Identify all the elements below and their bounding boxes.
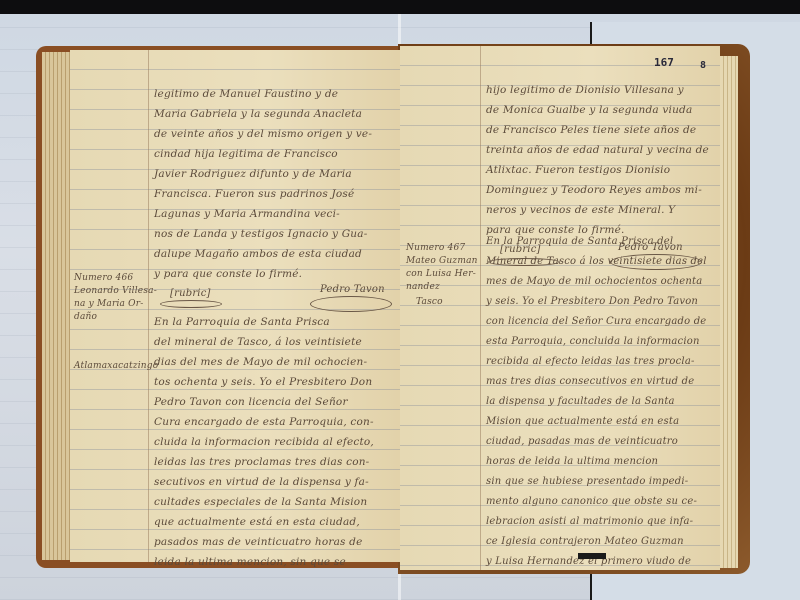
text-line: nos de Landa y testigos Ignacio y Gua- [154,224,372,244]
entry-margin-note: Numero 467 Mateo Guzman con Luisa Her- n… [406,242,478,294]
text-line: legitimo de Manuel Faustino y de [154,84,372,104]
text-line: dias del mes de Mayo de mil ochocien- [154,352,374,372]
text-line: treinta años de edad natural y vecina de [486,140,709,160]
text-line: esta Parroquia, concluida la informacion [486,332,707,352]
ledger-book: legitimo de Manuel Faustino y de Maria G… [36,44,748,576]
left-entry-body: En la Parroquia de Santa Prisca del mine… [154,312,374,572]
page-edges-right [720,56,738,568]
text-line: horas de leida la ultima mencion [486,452,707,472]
right-entry-body: En la Parroquia de Santa Prisca del Mine… [486,232,707,572]
entry-origin-note: Atlamaxacatzingo [74,360,158,373]
text-line: pasados mas de veinticuatro horas de [154,532,374,552]
text-line: leida la ultima mencion, sin que se [154,552,374,572]
rubric-flourish [160,300,222,308]
right-page: 167 8 hijo legitimo de Dionisio Villesan… [400,46,720,570]
text-line: Mision que actualmente está en esta [486,412,707,432]
text-line: Pedro Tavon con licencia del Señor [154,392,374,412]
text-line: leidas las tres proclamas tres dias con- [154,452,374,472]
right-continuation-text: hijo legitimo de Dionisio Villesana y de… [486,80,709,240]
text-line: de Monica Gualbe y la segunda viuda [486,100,709,120]
bookmark-ribbon [578,553,606,559]
text-line: que actualmente está en esta ciudad, [154,512,374,532]
text-line: Atlixtac. Fueron testigos Dionisio [486,160,709,180]
text-line: cultades especiales de la Santa Mision [154,492,374,512]
text-line: cluida la informacion recibida al efecto… [154,432,374,452]
signature-flourish [310,296,392,312]
text-line: En la Parroquia de Santa Prisca del [486,232,707,252]
text-line: de Francisco Peles tiene siete años de [486,120,709,140]
left-continuation-text: legitimo de Manuel Faustino y de Maria G… [154,84,372,284]
text-line: tos ochenta y seis. Yo el Presbitero Don [154,372,374,392]
text-line: En la Parroquia de Santa Prisca [154,312,374,332]
text-line: Francisca. Fueron sus padrinos José [154,184,372,204]
left-page: legitimo de Manuel Faustino y de Maria G… [70,50,400,562]
margin-rule [480,46,481,570]
entry-origin-note: Tasco [416,296,443,309]
text-line: mento alguno canonico que obste su ce- [486,492,707,512]
text-line: con licencia del Señor Cura encargado de [486,312,707,332]
text-line: Mineral de Tasco á los veintisiete dias … [486,252,707,272]
text-line: Cura encargado de esta Parroquia, con- [154,412,374,432]
text-line: ciudad, pasadas mas de veinticuatro [486,432,707,452]
text-line: Javier Rodriguez difunto y de Maria [154,164,372,184]
text-line: hijo legitimo de Dionisio Villesana y [486,80,709,100]
text-line: cindad hija legitima de Francisco [154,144,372,164]
text-line: la dispensa y facultades de la Santa [486,392,707,412]
text-line: secutivos en virtud de la dispensa y fa- [154,472,374,492]
text-line: Lagunas y Maria Armandina veci- [154,204,372,224]
text-line: Dominguez y Teodoro Reyes ambos mi- [486,180,709,200]
text-line: lebracion asisti al matrimonio que infa- [486,512,707,532]
text-line: y seis. Yo el Presbitero Don Pedro Tavon [486,292,707,312]
text-line: del mineral de Tasco, á los veintisiete [154,332,374,352]
text-line: recibida al efecto leidas las tres procl… [486,352,707,372]
entry-margin-note: Numero 466 Leonardo Villesa- na y Maria … [74,272,157,324]
text-line: ce Iglesia contrajeron Mateo Guzman [486,532,707,552]
text-line: mas tres dias consecutivos en virtud de [486,372,707,392]
text-line: neros y vecinos de este Mineral. Y [486,200,709,220]
page-number: 167 [654,56,674,69]
page-edges-left [42,52,72,560]
folio-mark: 8 [700,60,706,71]
text-line: mes de Mayo de mil ochocientos ochenta [486,272,707,292]
text-line: dalupe Magaño ambos de esta ciudad [154,244,372,264]
text-line: Maria Gabriela y la segunda Anacleta [154,104,372,124]
text-line: de veinte años y del mismo origen y ve- [154,124,372,144]
text-line: sin que se hubiese presentado impedi- [486,472,707,492]
